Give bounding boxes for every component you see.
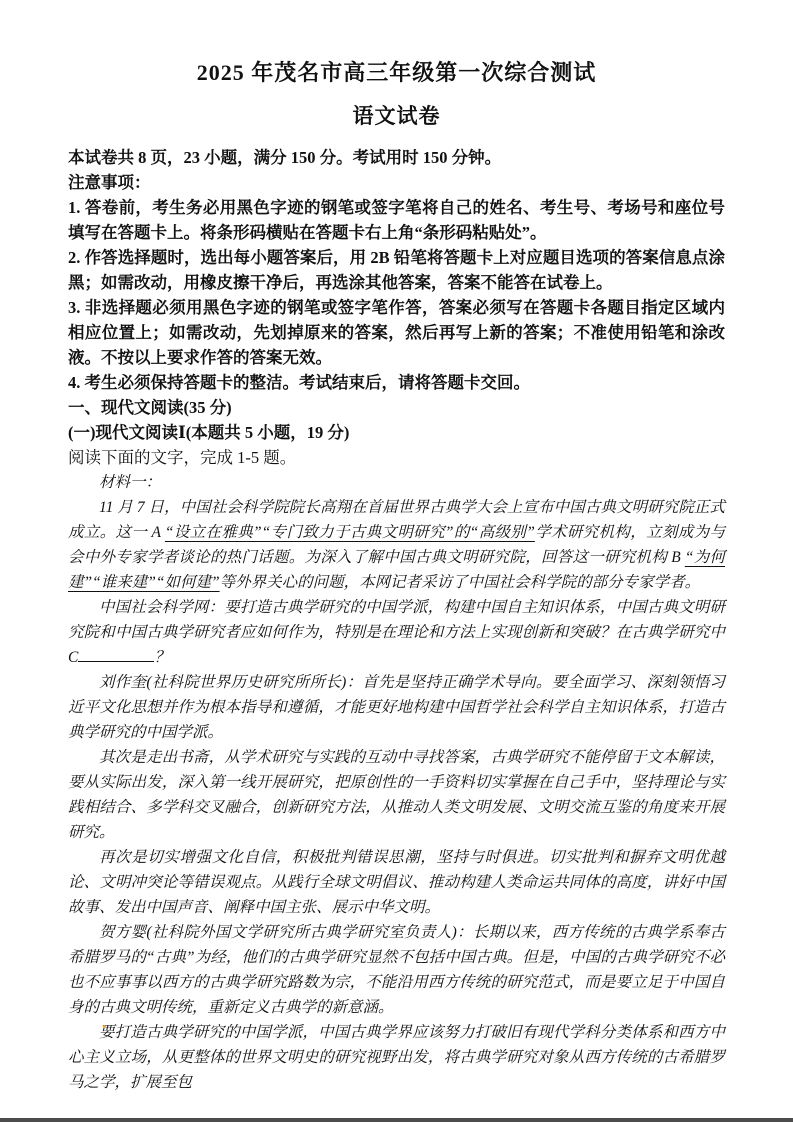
notice-item: 4. 考生必须保持答题卡的整洁。考试结束后，请将答题卡交回。 (68, 370, 725, 395)
material-paragraph: 要打造古典学研究的中国学派，中国古典学界应该努力打破旧有现代学科分类体系和西方中… (68, 1020, 725, 1095)
material-text: 等外界关心的问题，本网记者采访了中国社会科学院的部分专家学者。 (220, 574, 701, 591)
paper-summary: 本试卷共 8 页，23 小题，满分 150 分。考试用时 150 分钟。 (68, 145, 725, 170)
fill-in-blank (78, 659, 154, 662)
material-label: 材料一： (68, 470, 725, 495)
scan-artifact-dot (103, 1025, 106, 1028)
material-paragraph: 11 月 7 日，中国社会科学院院长高翔在首届世界古典学大会上宣布中国古典文明研… (68, 495, 725, 595)
material-text: ？ (154, 649, 170, 666)
section-subheading: (一)现代文阅读Ⅰ(本题共 5 小题，19 分) (68, 420, 725, 445)
notice-item: 2. 作答选择题时，选出每小题答案后，用 2B 铅笔将答题卡上对应题目选项的答案… (68, 245, 725, 295)
material-paragraph: 刘作奎(社科院世界历史研究所所长)：首先是坚持正确学术导向。要全面学习、深刻领悟… (68, 670, 725, 745)
material-text: 刘作奎(社科院世界历史研究所所长)：首先是坚持正确学术导向。要全面学习、深刻领悟… (68, 674, 725, 741)
notice-heading: 注意事项： (68, 170, 725, 195)
section-heading: 一、现代文阅读(35 分) (68, 395, 725, 420)
reading-instruction: 阅读下面的文字，完成 1-5 题。 (68, 445, 725, 470)
page-subtitle: 语文试卷 (68, 103, 725, 129)
material-text: 其次是走出书斋，从学术研究与实践的互动中寻找答案，古典学研究不能停留于文本解读，… (68, 749, 725, 841)
notice-list: 1. 答卷前，考生务必用黑色字迹的钢笔或签字笔将自己的姓名、考生号、考场号和座位… (68, 195, 725, 395)
material-paragraph: 再次是切实增强文化自信，积极批判错误思潮，坚持与时俱进。切实批判和摒弃文明优越论… (68, 845, 725, 920)
underlined-phrase: “设立在雅典”“专门致力于古典文明研究”的“高级别” (165, 524, 535, 541)
material-paragraph: 其次是走出书斋，从学术研究与实践的互动中寻找答案，古典学研究不能停留于文本解读，… (68, 745, 725, 845)
page-bottom-border (0, 1118, 793, 1122)
material-content: 11 月 7 日，中国社会科学院院长高翔在首届世界古典学大会上宣布中国古典文明研… (68, 495, 725, 1095)
notice-item: 1. 答卷前，考生务必用黑色字迹的钢笔或签字笔将自己的姓名、考生号、考场号和座位… (68, 195, 725, 245)
material-text: 要打造古典学研究的中国学派，中国古典学界应该努力打破旧有现代学科分类体系和西方中… (68, 1024, 725, 1091)
material-text: 贺方婴(社科院外国文学研究所古典学研究室负责人)：长期以来，西方传统的古典学系奉… (68, 924, 725, 1016)
material-text: 再次是切实增强文化自信，积极批判错误思潮，坚持与时俱进。切实批判和摒弃文明优越论… (68, 849, 725, 916)
page-title: 2025 年茂名市高三年级第一次综合测试 (68, 60, 725, 86)
material-paragraph: 贺方婴(社科院外国文学研究所古典学研究室负责人)：长期以来，西方传统的古典学系奉… (68, 920, 725, 1020)
exam-paper-page: 2025 年茂名市高三年级第一次综合测试 语文试卷 本试卷共 8 页，23 小题… (0, 0, 793, 1122)
notice-item: 3. 非选择题必须用黑色字迹的钢笔或签字笔作答，答案必须写在答题卡各题目指定区域… (68, 295, 725, 370)
material-paragraph: 中国社会科学网：要打造古典学研究的中国学派，构建中国自主知识体系，中国古典文明研… (68, 595, 725, 670)
